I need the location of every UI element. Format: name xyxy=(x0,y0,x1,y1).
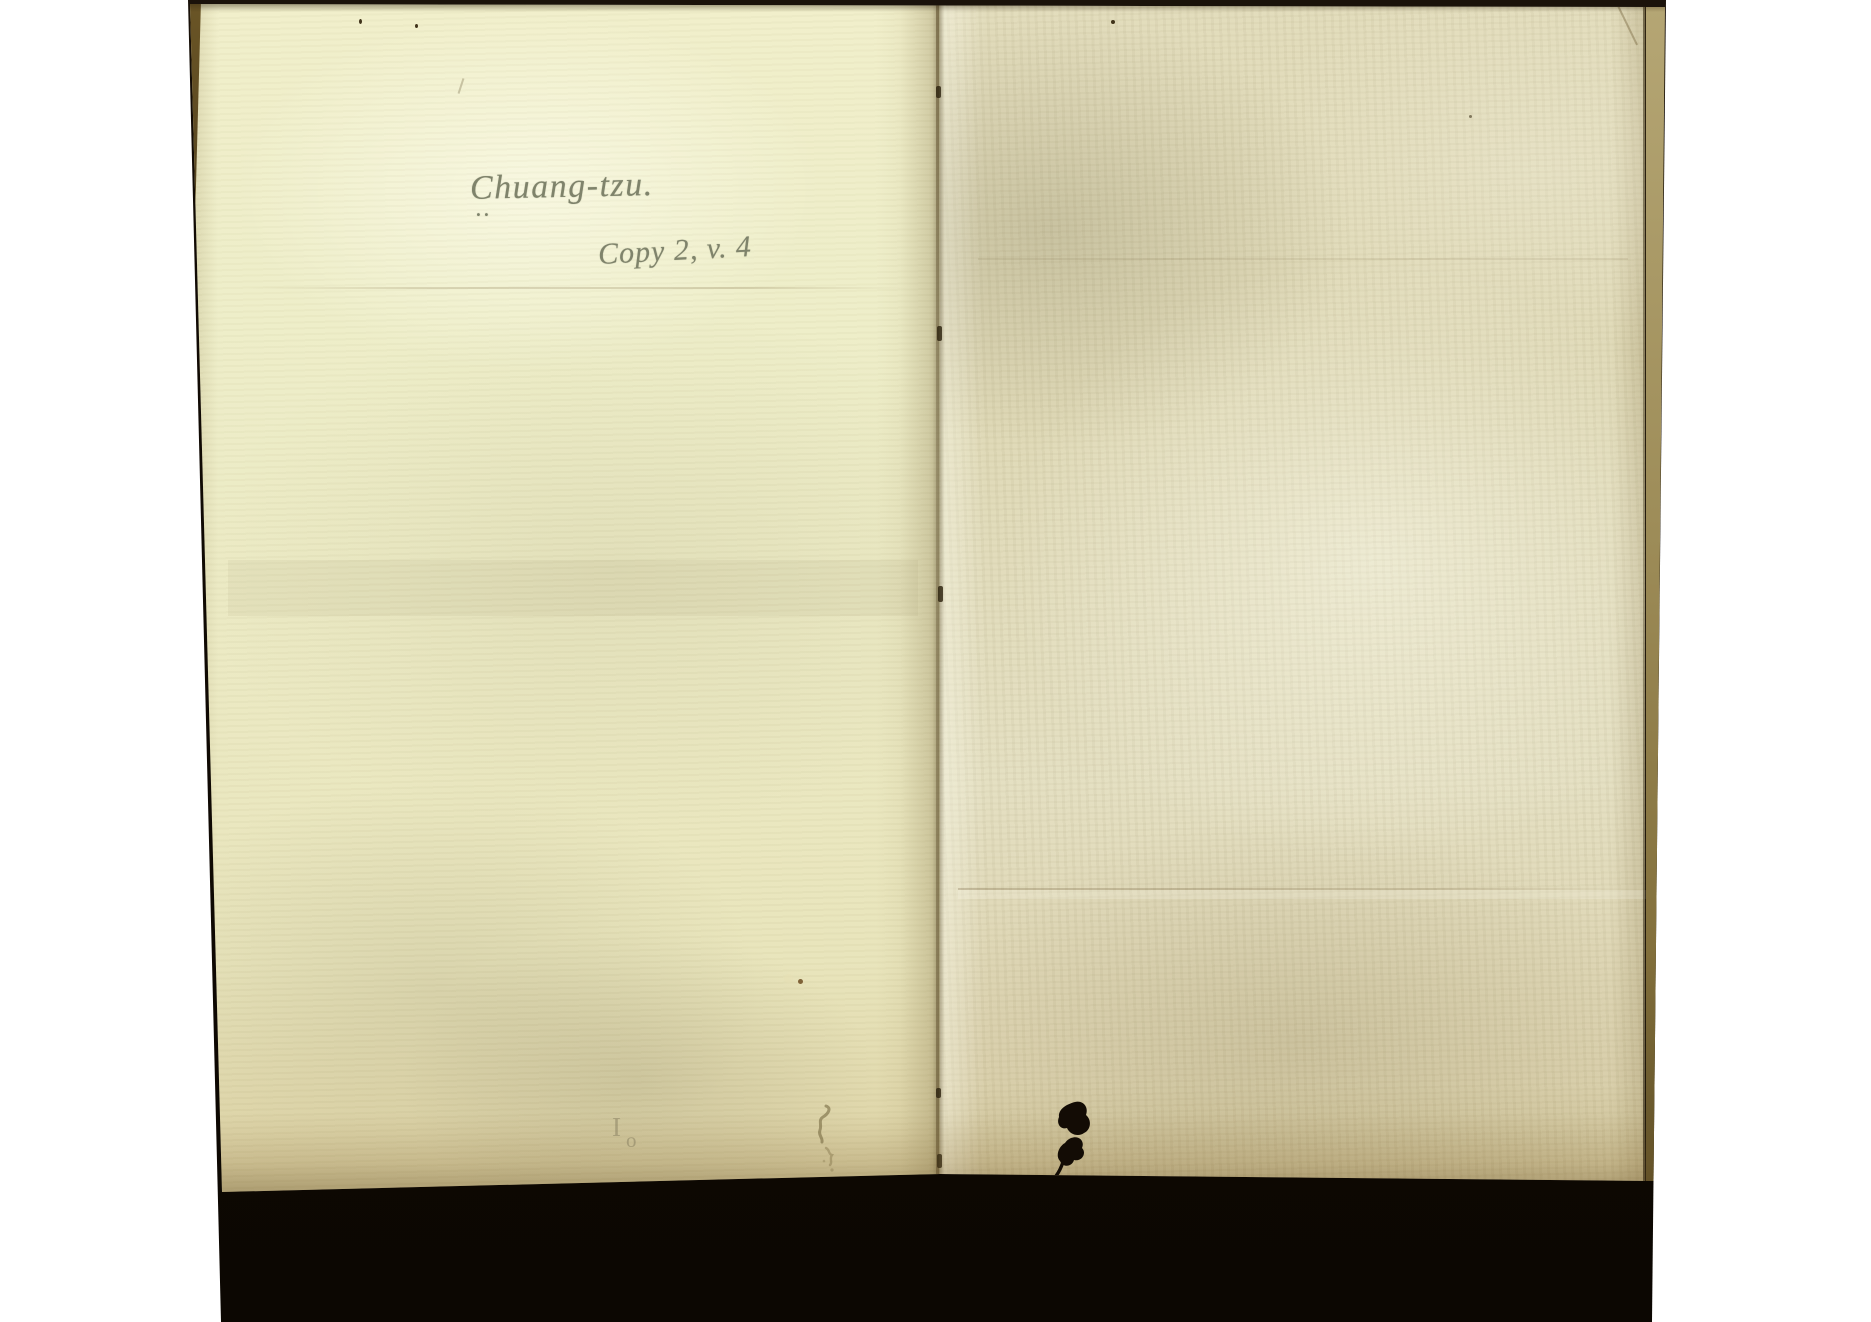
paper-speck xyxy=(1469,115,1472,118)
book-photo: Chuang-tzu. .. Copy 2, v. 4 I o xyxy=(188,0,1666,1322)
ink-blot xyxy=(1050,1100,1096,1178)
right-page-crease-highlight xyxy=(958,890,1648,899)
handwritten-title: Chuang-tzu. xyxy=(470,166,654,208)
fore-edge-line xyxy=(1643,4,1646,1182)
paper-speck xyxy=(1111,20,1115,24)
left-page-crease xyxy=(248,287,908,289)
embossed-mark-top: I xyxy=(612,1112,621,1143)
left-page-shading-band xyxy=(228,560,918,616)
top-edge-shadow xyxy=(188,0,1666,12)
stitch-mark xyxy=(936,1088,941,1098)
stitch-mark xyxy=(938,586,943,602)
ink-smudge xyxy=(802,1098,842,1176)
book-spread: Chuang-tzu. .. Copy 2, v. 4 I o xyxy=(188,0,1666,1205)
stitch-mark xyxy=(936,86,941,98)
bottom-edge-shadow xyxy=(188,1112,1666,1205)
stitch-mark xyxy=(937,326,942,341)
paper-speck xyxy=(359,19,362,24)
right-page-faint-crease xyxy=(978,258,1628,260)
embossed-mark-bottom: o xyxy=(626,1128,637,1153)
fore-edge xyxy=(1646,4,1666,1184)
ditto-marks: .. xyxy=(476,196,492,223)
paper-speck xyxy=(415,24,418,28)
foxing-spot xyxy=(798,979,803,984)
scanned-book-photograph: { "scan": { "left_page": { "handwritten_… xyxy=(0,0,1871,1322)
binding-edge xyxy=(155,0,201,1210)
